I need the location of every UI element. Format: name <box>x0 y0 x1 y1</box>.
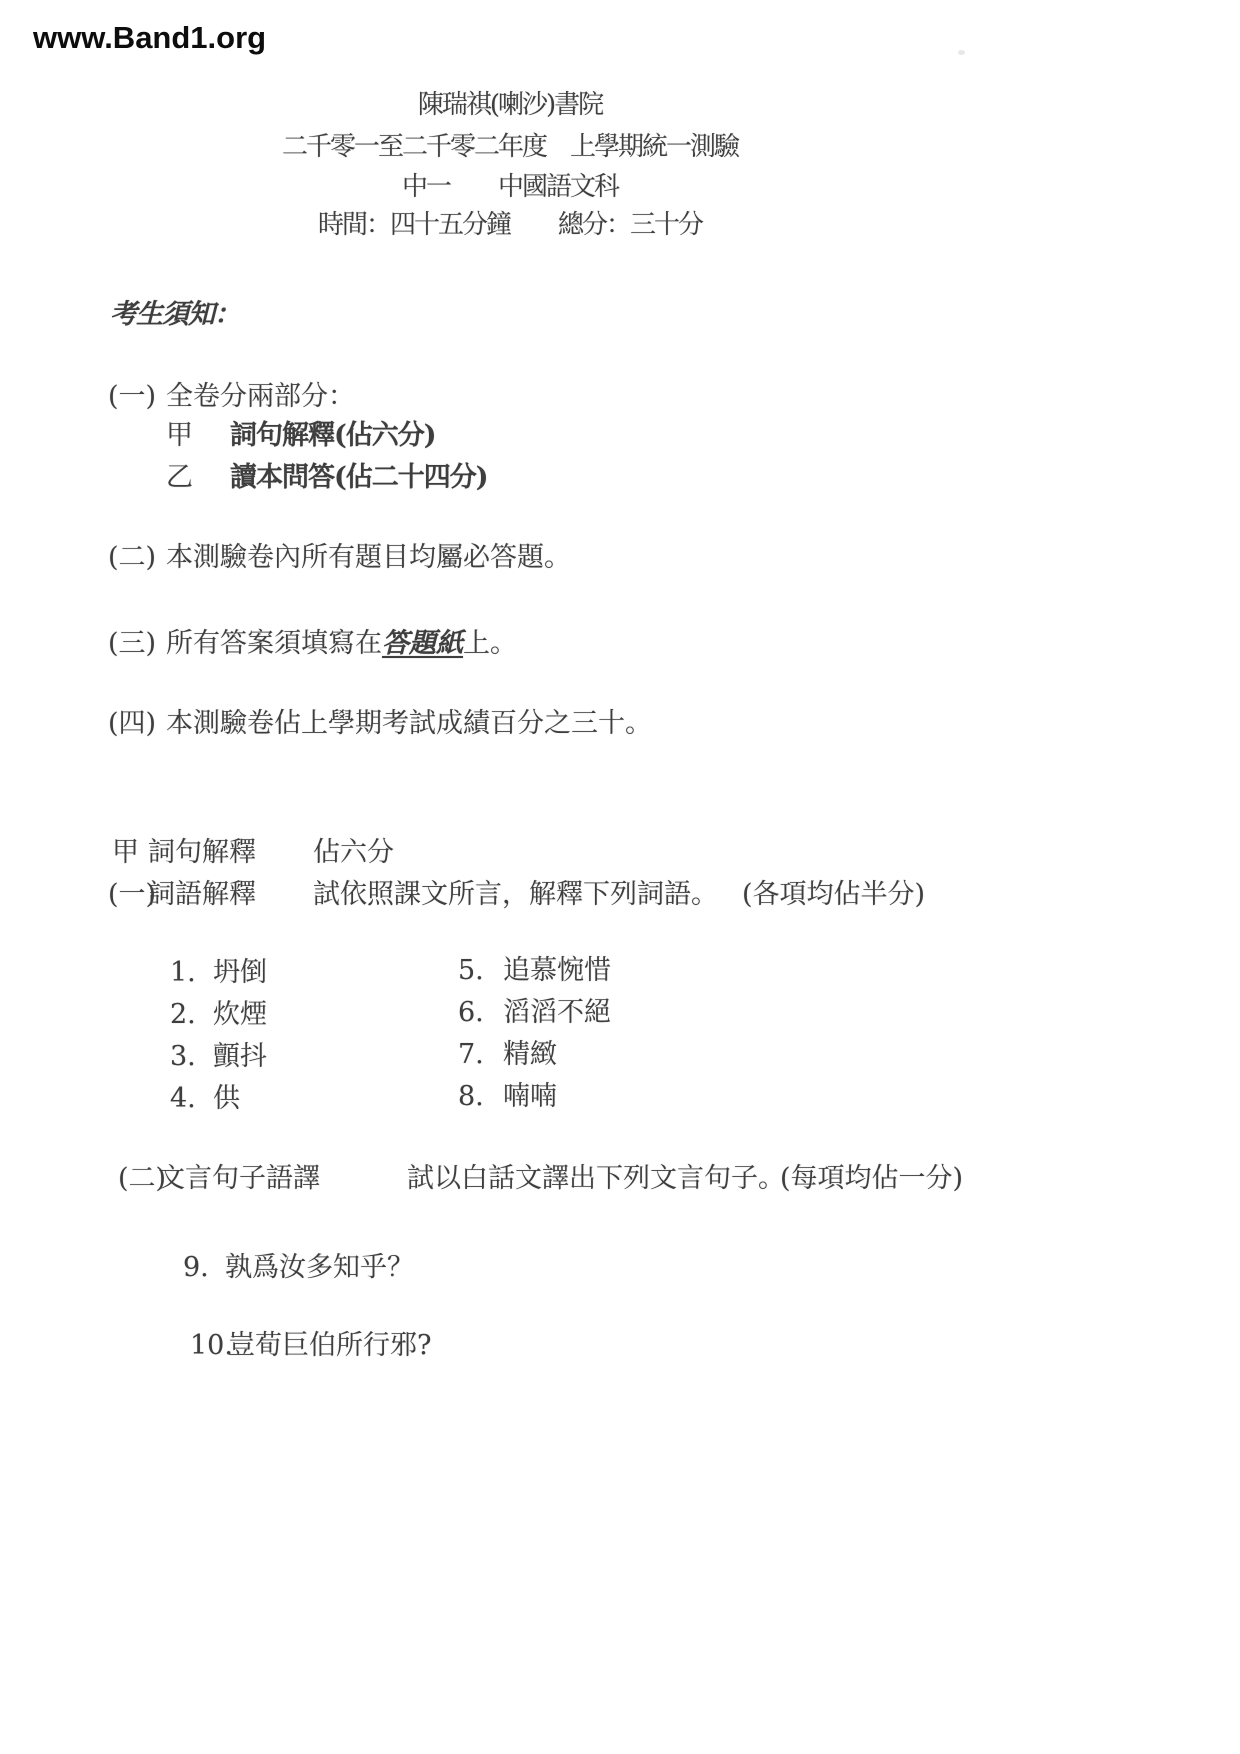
notice-item-1: (一) 全卷分兩部分： <box>108 381 355 412</box>
part2-instruction: 試以白話文譯出下列文言句子。 <box>407 1163 785 1194</box>
notice-item-4-number: (四) <box>108 708 154 739</box>
section-a-marks: 佔六分 <box>313 837 394 868</box>
notice-item-4-text: 本測驗卷佔上學期考試成績百分之三十。 <box>166 708 652 739</box>
answer-sheet-emphasis: 答題紙 <box>382 628 463 659</box>
paper-part-a-row: 甲 詞句解釋(佔六分) <box>166 420 436 451</box>
notice-item-2-text: 本測驗卷內所有題目均屬必答題。 <box>166 542 571 573</box>
exam-term-title: 二千零一至二千零二年度 上學期統一測驗 <box>0 126 1020 163</box>
notice-item-3-prefix: 所有答案須填寫在 <box>166 628 382 659</box>
vocab-item-8-number: 8. <box>458 1081 503 1112</box>
notice-heading: 考生須知： <box>110 299 240 330</box>
part1-title: 詞語解釋 <box>148 879 256 910</box>
notice-item-3: (三) 所有答案須填寫在答題紙上。 <box>108 628 517 659</box>
part-a-name: 詞句解釋(佔六分) <box>230 420 436 451</box>
school-name: 陳瑞祺(喇沙)書院 <box>0 84 1020 121</box>
notice-item-4: (四) 本測驗卷佔上學期考試成績百分之三十。 <box>108 708 652 739</box>
scan-speck <box>958 50 965 55</box>
notice-item-3-suffix: 上。 <box>463 628 517 659</box>
vocab-item-2: 2. 炊煙 <box>170 999 267 1030</box>
vocab-item-6-term: 滔滔不絕 <box>503 997 611 1028</box>
vocab-item-8: 8. 喃喃 <box>458 1081 557 1112</box>
part2-marks-note: (每項均佔一分) <box>780 1163 963 1194</box>
notice-item-2: (二) 本測驗卷內所有題目均屬必答題。 <box>108 542 571 573</box>
sentence-item-10: 10. 豈荀巨伯所行邪? <box>190 1330 431 1361</box>
part-a-label: 甲 <box>166 420 230 451</box>
time-and-total-marks: 時間：四十五分鐘 總分：三十分 <box>0 204 1020 241</box>
vocab-item-5-number: 5. <box>458 955 503 986</box>
vocab-item-2-number: 2. <box>170 999 213 1030</box>
vocab-item-7: 7. 精緻 <box>458 1039 557 1070</box>
vocab-item-3: 3. 顫抖 <box>170 1041 267 1072</box>
section-a-label: 甲 <box>112 837 139 868</box>
form-and-subject: 中一 中國語文科 <box>0 166 1020 203</box>
vocab-item-7-term: 精緻 <box>503 1039 557 1070</box>
vocab-item-2-term: 炊煙 <box>213 999 267 1030</box>
notice-item-3-number: (三) <box>108 628 154 659</box>
notice-item-2-number: (二) <box>108 542 154 573</box>
vocab-item-7-number: 7. <box>458 1039 503 1070</box>
vocab-item-3-number: 3. <box>170 1041 213 1072</box>
part1-marks-note: (各項均佔半分) <box>742 879 925 910</box>
vocab-item-5-term: 追慕惋惜 <box>503 955 611 986</box>
vocab-item-4-number: 4. <box>170 1083 213 1114</box>
vocab-item-5: 5. 追慕惋惜 <box>458 955 611 986</box>
vocab-item-1: 1. 坍倒 <box>170 957 267 988</box>
sentence-9-number: 9. <box>183 1252 225 1283</box>
vocab-item-4: 4. 供 <box>170 1083 240 1114</box>
vocab-item-1-number: 1. <box>170 957 213 988</box>
vocab-item-3-term: 顫抖 <box>213 1041 267 1072</box>
notice-item-3-text: 所有答案須填寫在答題紙上。 <box>166 628 517 659</box>
exam-paper-page: www.Band1.org 陳瑞祺(喇沙)書院 二千零一至二千零二年度 上學期統… <box>0 0 1240 1754</box>
vocab-item-8-term: 喃喃 <box>503 1081 557 1112</box>
section-a-title: 詞句解釋 <box>148 837 256 868</box>
sentence-10-number: 10. <box>190 1330 228 1361</box>
sentence-9-text: 孰爲汝多知乎？ <box>225 1252 414 1283</box>
vocab-item-4-term: 供 <box>213 1083 240 1114</box>
sentence-10-text: 豈荀巨伯所行邪? <box>228 1330 431 1361</box>
part-b-label: 乙 <box>166 462 230 493</box>
part-b-name: 讀本問答(佔二十四分) <box>230 462 488 493</box>
vocab-item-1-term: 坍倒 <box>213 957 267 988</box>
part2-title: 文言句子語譯 <box>158 1163 320 1194</box>
sentence-item-9: 9. 孰爲汝多知乎？ <box>183 1252 414 1283</box>
notice-item-1-number: (一) <box>108 381 154 412</box>
watermark-text: www.Band1.org <box>33 20 266 56</box>
paper-part-b-row: 乙 讀本問答(佔二十四分) <box>166 462 488 493</box>
vocab-item-6: 6. 滔滔不絕 <box>458 997 611 1028</box>
part1-instruction: 試依照課文所言，解釋下列詞語。 <box>313 879 718 910</box>
notice-item-1-text: 全卷分兩部分： <box>166 381 355 412</box>
vocab-item-6-number: 6. <box>458 997 503 1028</box>
